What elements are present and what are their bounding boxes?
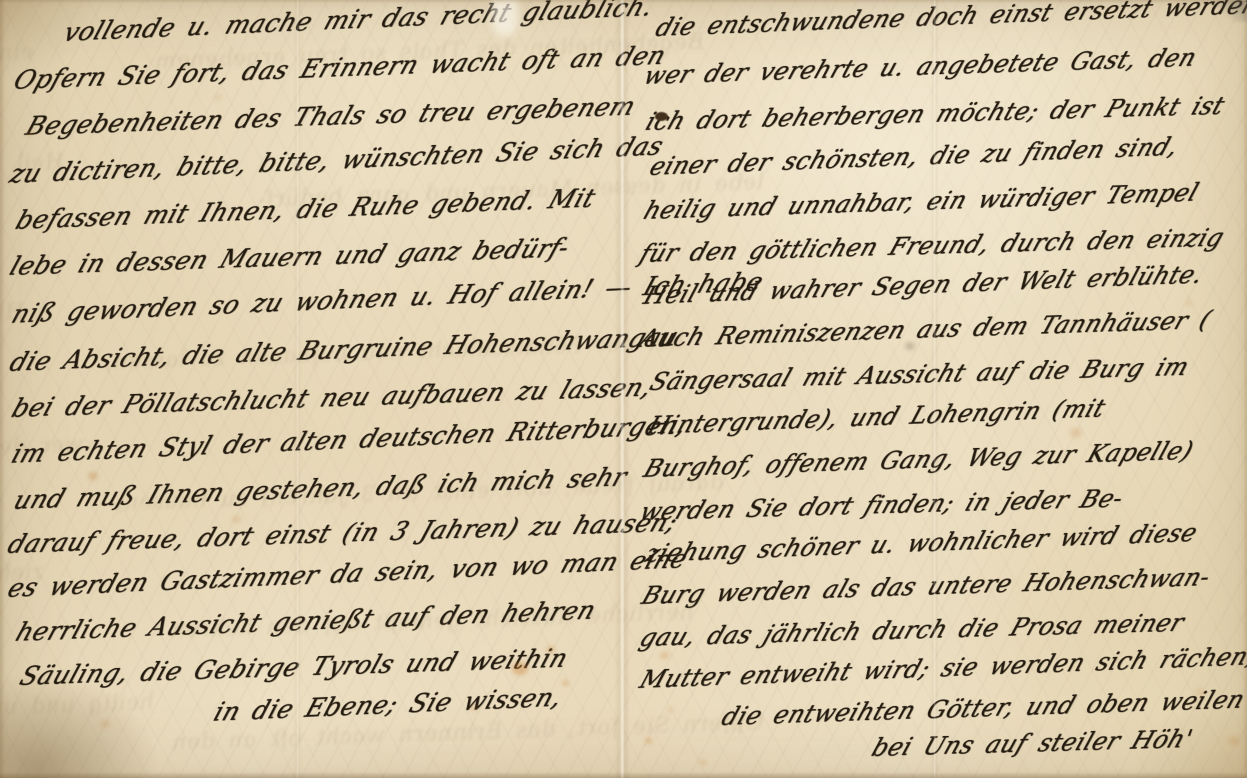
foxing-spot bbox=[470, 705, 478, 711]
script-line: die entschwundene doch einst ersetzt wer… bbox=[652, 0, 1247, 42]
foxing-spot bbox=[1185, 300, 1193, 306]
foxing-spot bbox=[905, 342, 915, 350]
script-line: bei Uns auf steiler Höh' bbox=[868, 725, 1196, 762]
foxing-spot bbox=[1195, 688, 1205, 696]
script-line: Säuling, die Gebirge Tyrols und weithin bbox=[16, 644, 572, 691]
foxing-spot bbox=[88, 472, 98, 480]
foxing-spot bbox=[668, 708, 673, 712]
foxing-spot bbox=[546, 646, 555, 653]
scan-light-streak bbox=[492, 0, 518, 36]
script-line: gau, das jährlich durch die Prosa meiner bbox=[636, 609, 1188, 652]
corner-shadow bbox=[1205, 0, 1247, 22]
script-line: ich dort beherbergen möchte; der Punkt i… bbox=[642, 92, 1229, 136]
script-line: Hintergrunde), und Lohengrin (mit bbox=[644, 394, 1109, 440]
script-line: Burg werden als das untere Hohenschwan- bbox=[638, 563, 1214, 610]
script-line: die entweihten Götter, und oben weilen bbox=[718, 685, 1247, 731]
foxing-spot bbox=[512, 662, 528, 675]
ink-bleed-ghost-line: heilig und unnahbar, ein würdiger Tempel bbox=[0, 690, 157, 733]
foxing-spot bbox=[1228, 736, 1240, 746]
script-line: lebe in dessen Mauern und ganz bedürf- bbox=[6, 233, 573, 281]
script-line: Mutter entweiht wird; sie werden sich rä… bbox=[636, 642, 1247, 694]
letter-scan: vollende u. mache mir das recht glaublic… bbox=[0, 0, 1247, 778]
script-line: Sängersaal mit Aussicht auf die Burg im bbox=[646, 353, 1193, 396]
foxing-spot bbox=[700, 760, 706, 765]
foxing-spot bbox=[562, 680, 569, 686]
foxing-spot bbox=[645, 738, 652, 744]
foxing-spot bbox=[232, 516, 241, 523]
letter-page-right: die entschwundene doch einst ersetzt wer… bbox=[622, 0, 1247, 778]
script-line: ziehung schöner u. wohnlicher wird diese bbox=[642, 518, 1201, 568]
script-line: Begebenheiten des Thals so treu ergebene… bbox=[22, 91, 640, 141]
foxing-spot bbox=[215, 95, 221, 100]
foxing-spot bbox=[100, 720, 110, 728]
script-line: wer der verehrte u. angebetete Gast, den bbox=[640, 43, 1201, 90]
script-line: Heil und wahrer Segen der Welt erblühte. bbox=[640, 260, 1207, 310]
ink-blot bbox=[655, 112, 668, 121]
foxing-spot bbox=[26, 130, 34, 136]
script-line: Auch Reminiszenzen aus dem Tannhäuser ( bbox=[636, 306, 1215, 353]
foxing-spot bbox=[660, 652, 669, 659]
foxing-spot bbox=[1070, 428, 1082, 438]
letter-page-left: vollende u. mache mir das recht glaublic… bbox=[0, 0, 622, 778]
script-line: für den göttlichen Freund, durch den ein… bbox=[636, 223, 1228, 268]
